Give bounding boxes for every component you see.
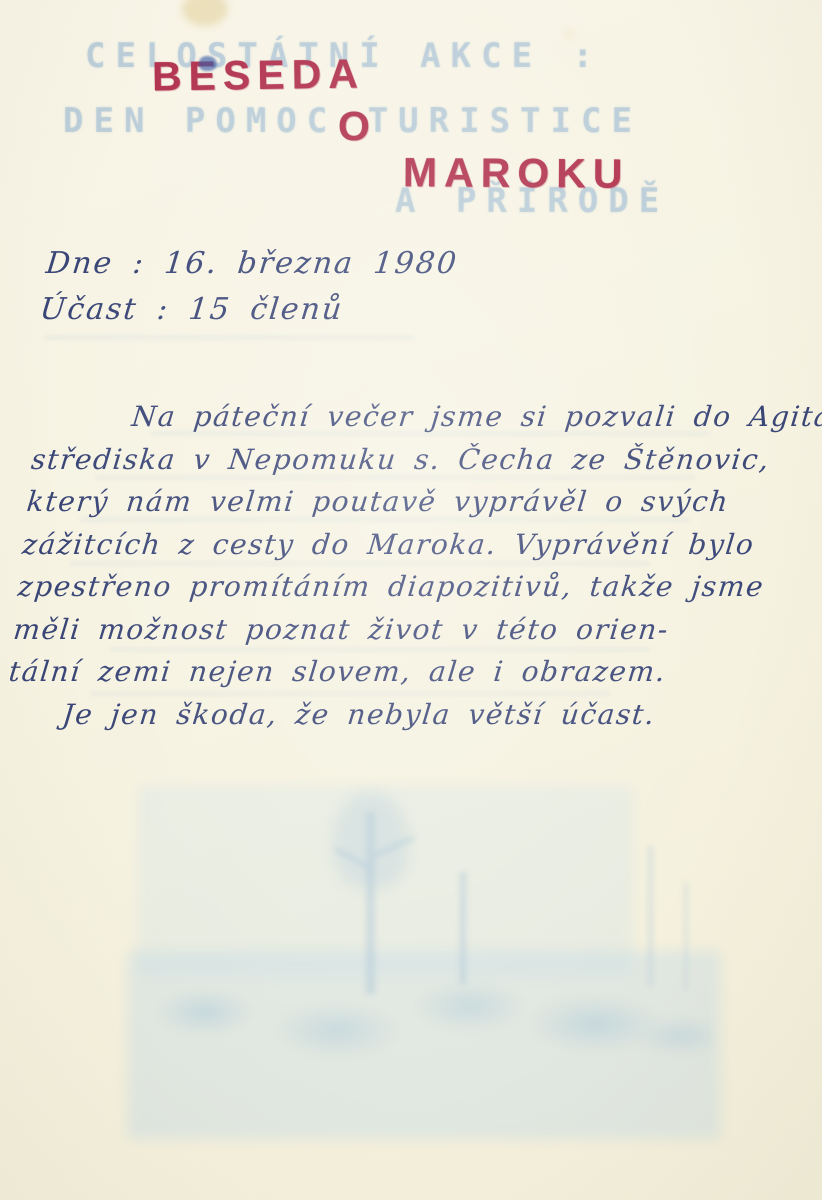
paper-stain (182, 0, 228, 26)
chronicle-page: CELOSTÁTNÍ AKCE : DEN POMOC TURISTICE A … (0, 0, 822, 1200)
date-line: Dne : 16. března 1980 (44, 246, 459, 281)
attendance-line: Účast : 15 členů (38, 292, 345, 327)
body-line: zážitcích z cesty do Maroka. Vyprávění b… (20, 524, 784, 567)
body-line: tální zemi nejen slovem, ale i obrazem. (7, 651, 771, 694)
body-line: Na páteční večer jsme si pozvali do Agit… (34, 396, 798, 439)
ghost-handwriting-line (44, 336, 414, 339)
body-line: zpestřeno promítáním diapozitivů, takže … (16, 566, 780, 609)
foliage-silhouettes (136, 964, 711, 1084)
blue-ink-blot (199, 56, 217, 71)
body-line: který nám velmi poutavě vyprávěl o svých (25, 481, 789, 524)
body-line: střediska v Nepomuku s. Čecha ze Štěnovi… (29, 439, 793, 482)
stamp-word-o: O (338, 103, 377, 150)
body-line: Je jen škoda, že nebyla větší účast. (2, 694, 766, 737)
stamp-word-beseda: BESEDA (152, 51, 366, 101)
body-paragraph: Na páteční večer jsme si pozvali do Agit… (2, 396, 798, 736)
body-line: měli možnost poznat život v této orien- (11, 609, 775, 652)
photo-showthrough (128, 786, 720, 1142)
stamp-word-maroku: MAROKU (403, 149, 630, 198)
